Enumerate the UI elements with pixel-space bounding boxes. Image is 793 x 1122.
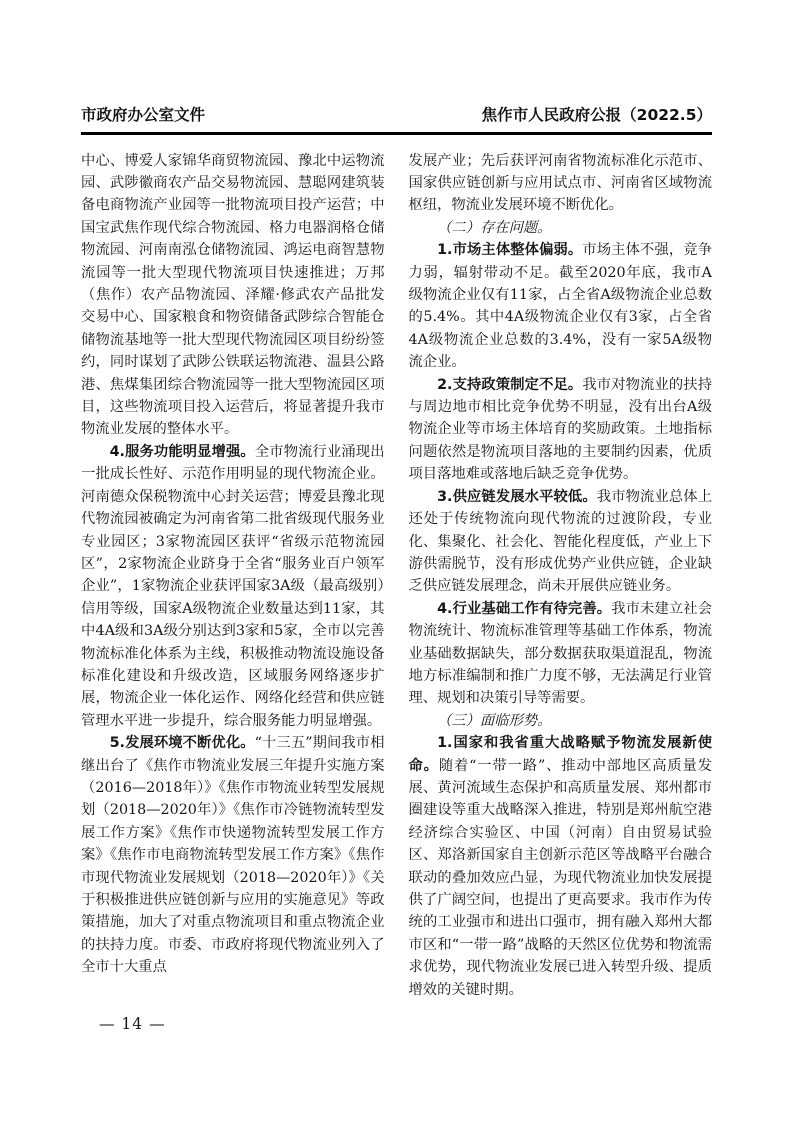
paragraph: 发展产业；先后获评河南省物流标准化示范市、国家供应链创新与应用试点市、河南省区域… [409,150,713,217]
header-rule [81,132,712,135]
document-body: 中心、博爱人家锦华商贸物流园、豫北中运物流园、武陟徽商农产品交易物流园、慧聪网建… [81,150,712,1001]
right-column: 发展产业；先后获评河南省物流标准化示范市、国家供应链创新与应用试点市、河南省区域… [409,150,713,1001]
paragraph-lead: 5.发展环境不断优化。 [110,735,255,751]
page-number: — 14 — [99,1015,166,1033]
paragraph-text: 发展产业；先后获评河南省物流标准化示范市、国家供应链创新与应用试点市、河南省区域… [409,153,713,214]
paragraph: 2.支持政策制定不足。我市对物流业的扶持与周边地市相比竞争优势不明显，没有出台A… [409,374,713,486]
page-header: 市政府办公室文件 焦作市人民政府公报（2022.5） [81,0,712,125]
paragraph-text: “十三五”期间我市相继出台了《焦作市物流业发展三年提升实施方案（2016—201… [81,735,385,975]
header-gazette-title: 焦作市人民政府公报（2022.5） [482,106,712,125]
paragraph-text: 市场主体不强，竞争力弱，辐射带动不足。截至2020年底，我市A级物流企业仅有11… [409,242,713,370]
paragraph: 4.行业基础工作有待完善。我市未建立社会物流统计、物流标准管理等基础工作体系，物… [409,598,713,710]
paragraph-text: 全市物流行业涌现出一批成长性好、示范作用明显的现代物流企业。河南德众保税物流中心… [81,444,385,729]
paragraph-text: 中心、博爱人家锦华商贸物流园、豫北中运物流园、武陟徽商农产品交易物流园、慧聪网建… [81,153,385,438]
document-page: 市政府办公室文件 焦作市人民政府公报（2022.5） 中心、博爱人家锦华商贸物流… [0,0,793,1122]
paragraph-text: 随着“一带一路”、推动中部地区高质量发展、黄河流域生态保护和高质量发展、郑州都市… [409,758,713,998]
paragraph-lead: 1.市场主体整体偏弱。 [437,242,582,258]
paragraph: 中心、博爱人家锦华商贸物流园、豫北中运物流园、武陟徽商农产品交易物流园、慧聪网建… [81,150,385,441]
header-doc-category: 市政府办公室文件 [81,106,205,125]
page-content: 市政府办公室文件 焦作市人民政府公报（2022.5） 中心、博爱人家锦华商贸物流… [0,0,793,1001]
subsection-heading: （三）面临形势。 [409,710,713,732]
left-column: 中心、博爱人家锦华商贸物流园、豫北中运物流园、武陟徽商农产品交易物流园、慧聪网建… [81,150,385,1001]
paragraph-text: （二）存在问题。 [437,220,551,236]
paragraph: 1.市场主体整体偏弱。市场主体不强，竞争力弱，辐射带动不足。截至2020年底，我… [409,239,713,373]
paragraph: 5.发展环境不断优化。“十三五”期间我市相继出台了《焦作市物流业发展三年提升实施… [81,732,385,978]
paragraph-lead: 4.行业基础工作有待完善。 [437,601,611,617]
subsection-heading: （二）存在问题。 [409,217,713,239]
paragraph: 4.服务功能明显增强。全市物流行业涌现出一批成长性好、示范作用明显的现代物流企业… [81,441,385,732]
paragraph-lead: 4.服务功能明显增强。 [110,444,255,460]
paragraph: 3.供应链发展水平较低。我市物流业总体上还处于传统物流向现代物流的过渡阶段，专业… [409,486,713,598]
paragraph-lead: 3.供应链发展水平较低。 [437,489,597,505]
paragraph-text: （三）面临形势。 [437,713,551,729]
paragraph: 1.国家和我省重大战略赋予物流发展新使命。随着“一带一路”、推动中部地区高质量发… [409,732,713,1001]
paragraph-lead: 2.支持政策制定不足。 [437,377,582,393]
